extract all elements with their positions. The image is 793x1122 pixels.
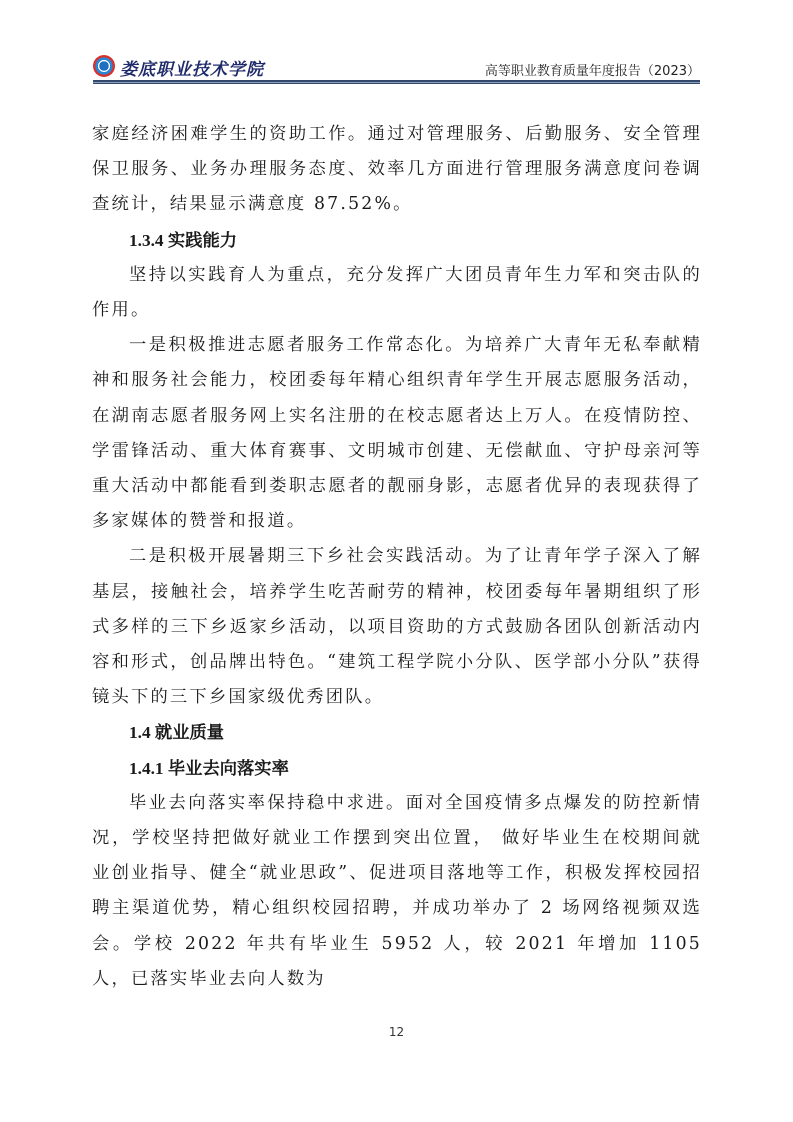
heading-1-4: 1.4 就业质量: [92, 715, 702, 750]
report-title: 高等职业教育质量年度报告（2023）: [485, 60, 700, 79]
paragraph-volunteer: 一是积极推进志愿者服务工作常态化。为培养广大青年无私奉献精神和服务社会能力，校团…: [92, 328, 702, 539]
school-emblem-icon: [93, 55, 115, 77]
paragraph-three-rural: 二是积极开展暑期三下乡社会实践活动。为了让青年学子深入了解基层，接触社会，培养学…: [92, 539, 702, 715]
paragraph-employment: 毕业去向落实率保持稳中求进。面对全国疫情多点爆发的防控新情况，学校坚持把做好就业…: [92, 786, 702, 997]
page-number: 12: [0, 1025, 793, 1039]
page-header: 娄底职业技术学院 高等职业教育质量年度报告（2023）: [93, 50, 700, 86]
page-content: 家庭经济困难学生的资助工作。通过对管理服务、后勤服务、安全管理保卫服务、业务办理…: [92, 117, 702, 997]
paragraph-satisfaction: 家庭经济困难学生的资助工作。通过对管理服务、后勤服务、安全管理保卫服务、业务办理…: [92, 117, 702, 223]
school-name: 娄底职业技术学院: [120, 55, 264, 80]
heading-1-3-4: 1.3.4 实践能力: [92, 223, 702, 258]
header-rule: [93, 80, 700, 84]
heading-1-4-1: 1.4.1 毕业去向落实率: [92, 751, 702, 786]
paragraph-practice-intro: 坚持以实践育人为重点，充分发挥广大团员青年生力军和突击队的作用。: [92, 258, 702, 328]
